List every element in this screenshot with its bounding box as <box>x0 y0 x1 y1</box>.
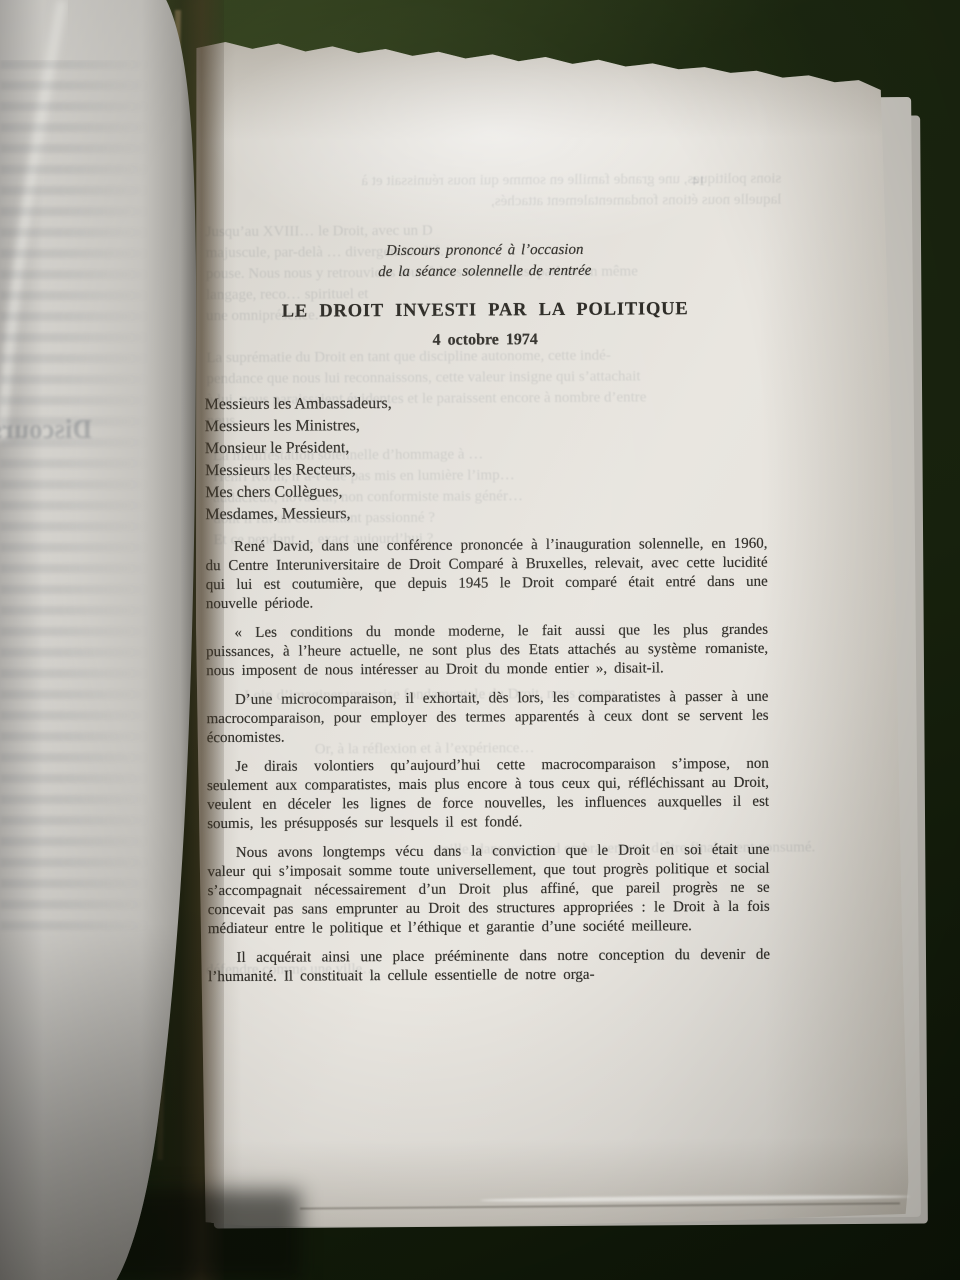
photo-of-open-book: { "page": { "header_line1": "Discours pr… <box>0 0 960 1280</box>
turned-page: Discours <box>0 0 260 1280</box>
header-line-2: de la séance solennelle de rentrée <box>204 260 766 284</box>
speech-body: René David, dans une conférence prononcé… <box>205 535 770 987</box>
salutation-line: Mesdames, Messieurs, <box>205 501 767 526</box>
turned-page-showthrough-lines <box>0 60 150 940</box>
book-page: sions politiques, une grande famille en … <box>180 22 927 1231</box>
salutations-list: Messieurs les Ambassadeurs, Messieurs le… <box>205 391 768 526</box>
speech-paragraph: Je dirais volontiers qu’aujourd’hui cett… <box>207 755 769 834</box>
speech-paragraph: D’une microcomparaison, il exhortait, dè… <box>206 688 768 748</box>
speech-paragraph: Nous avons longtemps vécu dans la convic… <box>207 841 770 939</box>
speech-date: 4 octobre 1974 <box>204 330 766 351</box>
speech-paragraph: « Les conditions du monde moderne, le fa… <box>206 621 768 681</box>
speech-paragraph: René David, dans une conférence prononcé… <box>205 535 767 614</box>
speech-occasion-header: Discours prononcé à l’occasion de la séa… <box>204 239 766 284</box>
speech-title: LE DROIT INVESTI PAR LA POLITIQUE <box>204 299 766 323</box>
turned-page-mirrored-title: Discours <box>0 414 92 445</box>
speech-text: Discours prononcé à l’occasion de la séa… <box>202 23 770 997</box>
speech-paragraph: Il acquérait ainsi une place prééminente… <box>208 946 770 987</box>
